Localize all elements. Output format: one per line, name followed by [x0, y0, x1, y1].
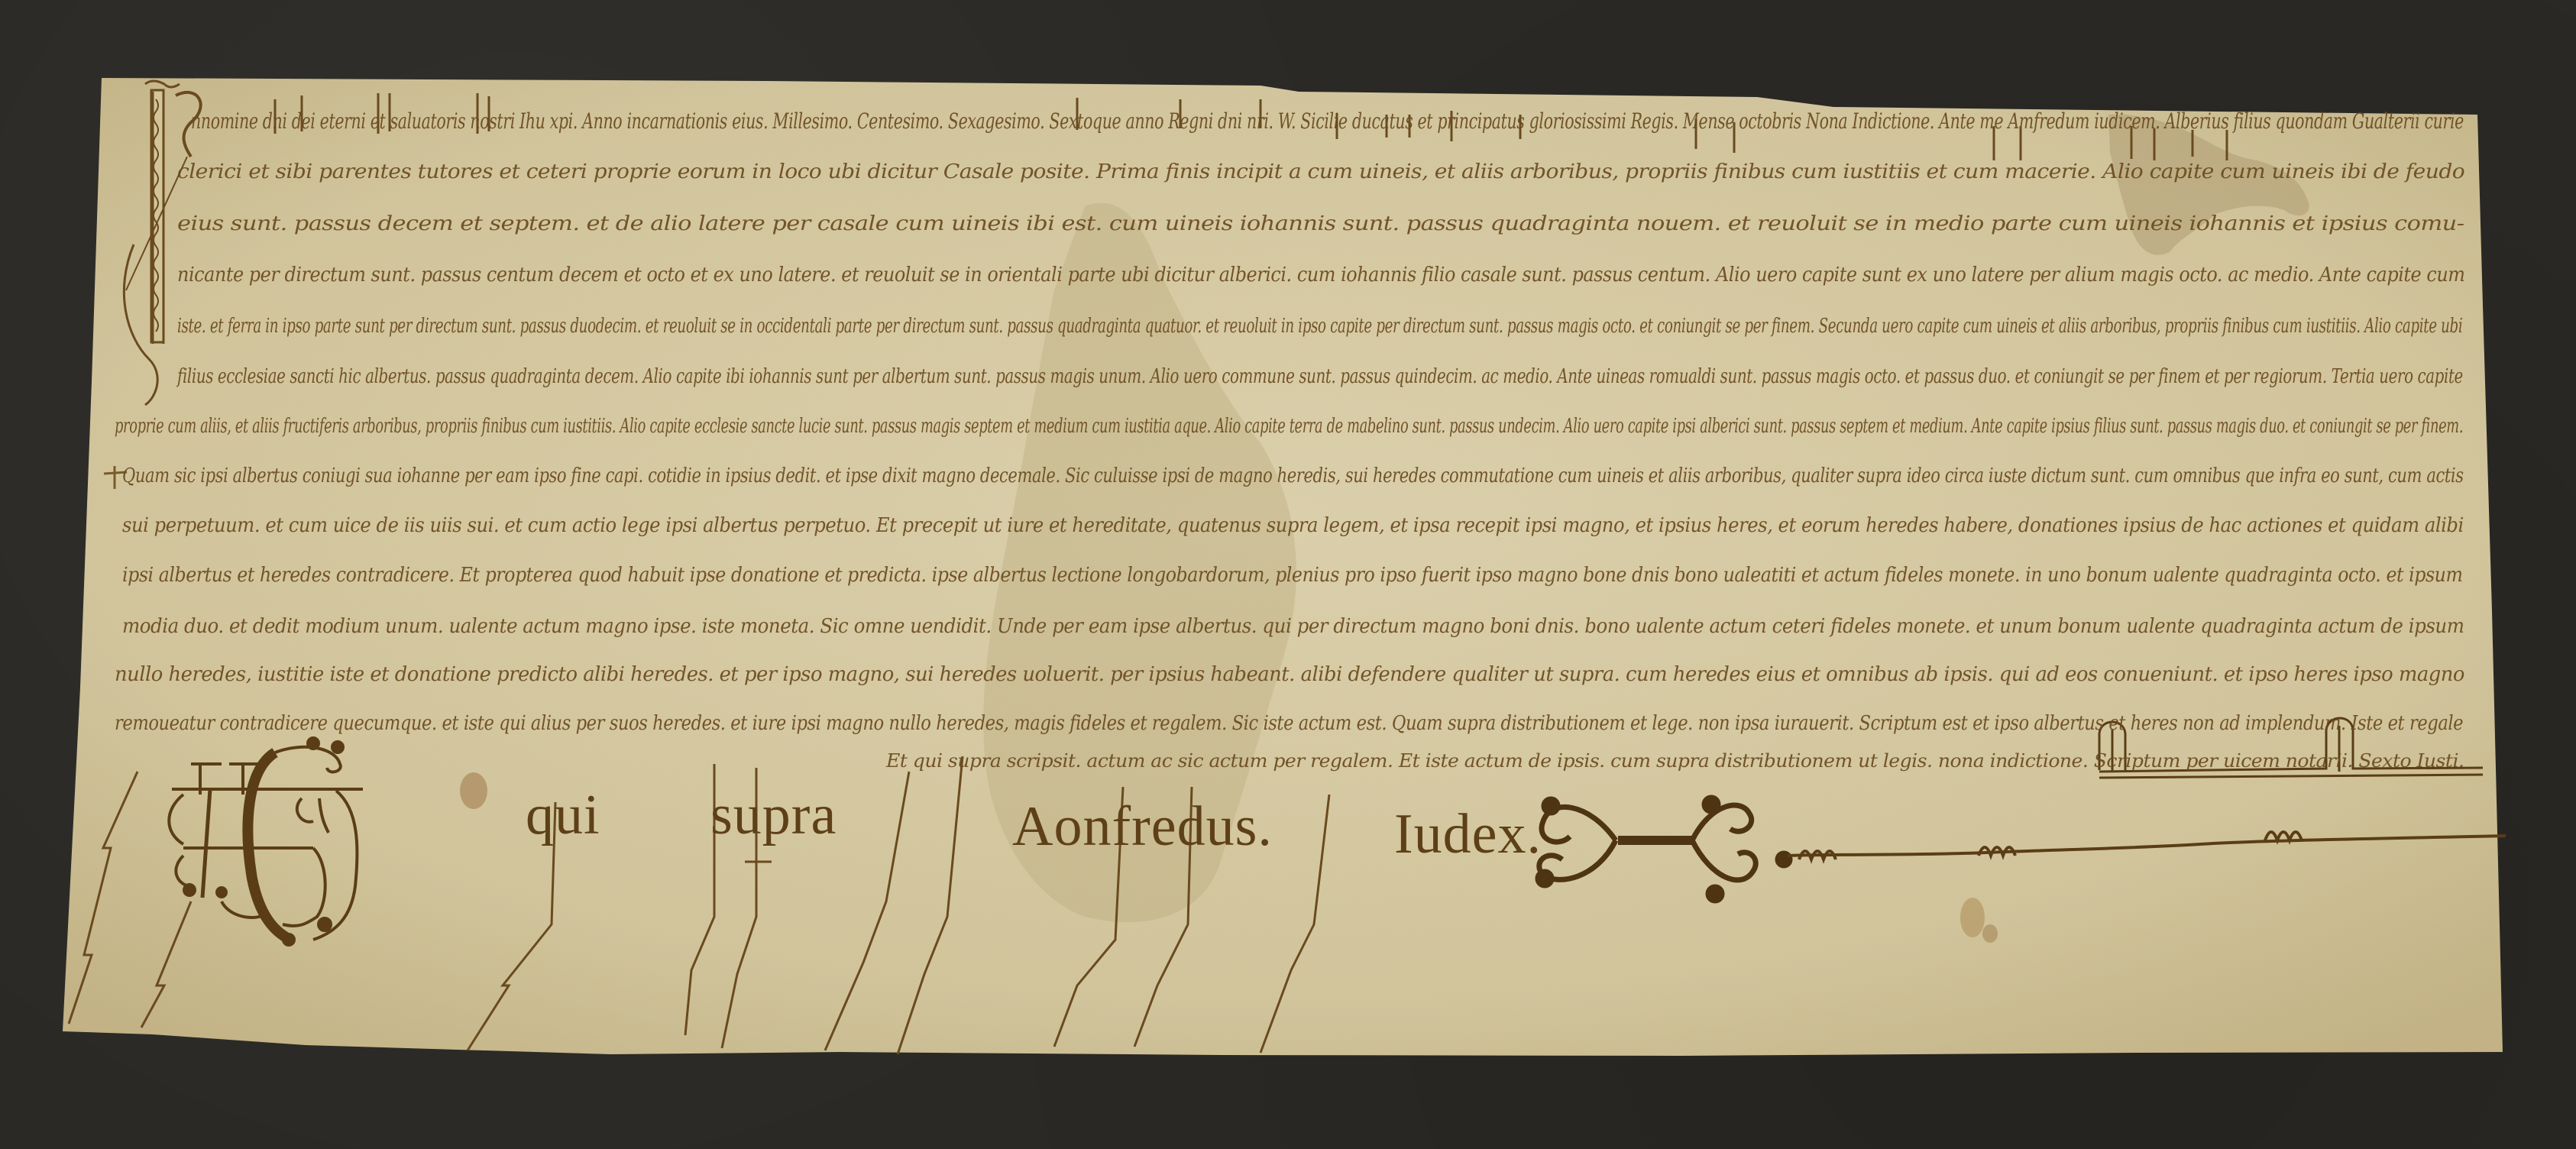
subscription-text: Aonfredus.	[1012, 795, 1273, 858]
ink-spot	[460, 772, 487, 809]
ink-spot	[1960, 898, 1985, 937]
text-line-content: nullo heredes, iustitie iste et donation…	[115, 663, 2464, 686]
text-line-8: Quam sic ipsi albertus coniugi sua iohan…	[122, 464, 2464, 487]
text-line-7: proprie cum aliis, et aliis fructiferis …	[115, 415, 2463, 438]
text-line-11: modia duo. et dedit modium unum. ualente…	[122, 615, 2464, 638]
text-line-12: nullo heredes, iustitie iste et donation…	[115, 663, 2464, 686]
text-line-content: nnomine dni dei eterni et saluatoris nos…	[191, 108, 2464, 134]
text-line-content: proprie cum aliis, et aliis fructiferis …	[115, 415, 2463, 438]
subscription-text: Iudex.	[1394, 803, 1542, 866]
text-line-13: remoueatur contradicere quecumque. et is…	[115, 712, 2463, 735]
text-line-content: Et qui supra scripsit. actum ac sic actu…	[886, 750, 2464, 772]
text-line-content: filius ecclesiae sancti hic albertus. pa…	[177, 365, 2463, 388]
subscription-word-qui: qui	[526, 783, 600, 848]
text-line-content: iste. et ferra in ipso parte sunt per di…	[177, 315, 2462, 338]
text-line-content: sui perpetuum. et cum uice de iis uiis s…	[122, 514, 2464, 537]
text-line-10: ipsi albertus et heredes contradicere. E…	[122, 564, 2462, 587]
text-line-content: eius sunt. passus decem et septem. et de…	[177, 212, 2464, 235]
text-line-content: clerici et sibi parentes tutores et cete…	[177, 160, 2464, 183]
subscription-word-name: Aonfredus.	[1012, 795, 1273, 859]
subscription-text: supra	[710, 784, 837, 846]
text-line-9: sui perpetuum. et cum uice de iis uiis s…	[122, 514, 2464, 537]
text-line-content: remoueatur contradicere quecumque. et is…	[115, 712, 2463, 735]
text-line-content: Quam sic ipsi albertus coniugi sua iohan…	[122, 464, 2464, 487]
text-line-6: filius ecclesiae sancti hic albertus. pa…	[177, 365, 2463, 388]
text-line-5: iste. et ferra in ipso parte sunt per di…	[177, 315, 2462, 338]
text-line-2: clerici et sibi parentes tutores et cete…	[177, 160, 2464, 183]
text-line-3: eius sunt. passus decem et septem. et de…	[177, 212, 2464, 235]
subscription-text: qui	[526, 784, 600, 846]
ink-spot	[1982, 924, 1998, 943]
text-line-content: nicante per directum sunt. passus centum…	[177, 264, 2464, 286]
subscription-word-supra: supra	[710, 783, 837, 848]
text-line-content: modia duo. et dedit modium unum. ualente…	[122, 615, 2464, 638]
text-line-content: ipsi albertus et heredes contradicere. E…	[122, 564, 2462, 587]
text-line-1: nnomine dni dei eterni et saluatoris nos…	[191, 108, 2464, 134]
subscription-word-iudex: Iudex.	[1394, 802, 1542, 867]
text-line-4: nicante per directum sunt. passus centum…	[177, 264, 2464, 286]
text-line-14: Et qui supra scripsit. actum ac sic actu…	[886, 750, 2464, 772]
